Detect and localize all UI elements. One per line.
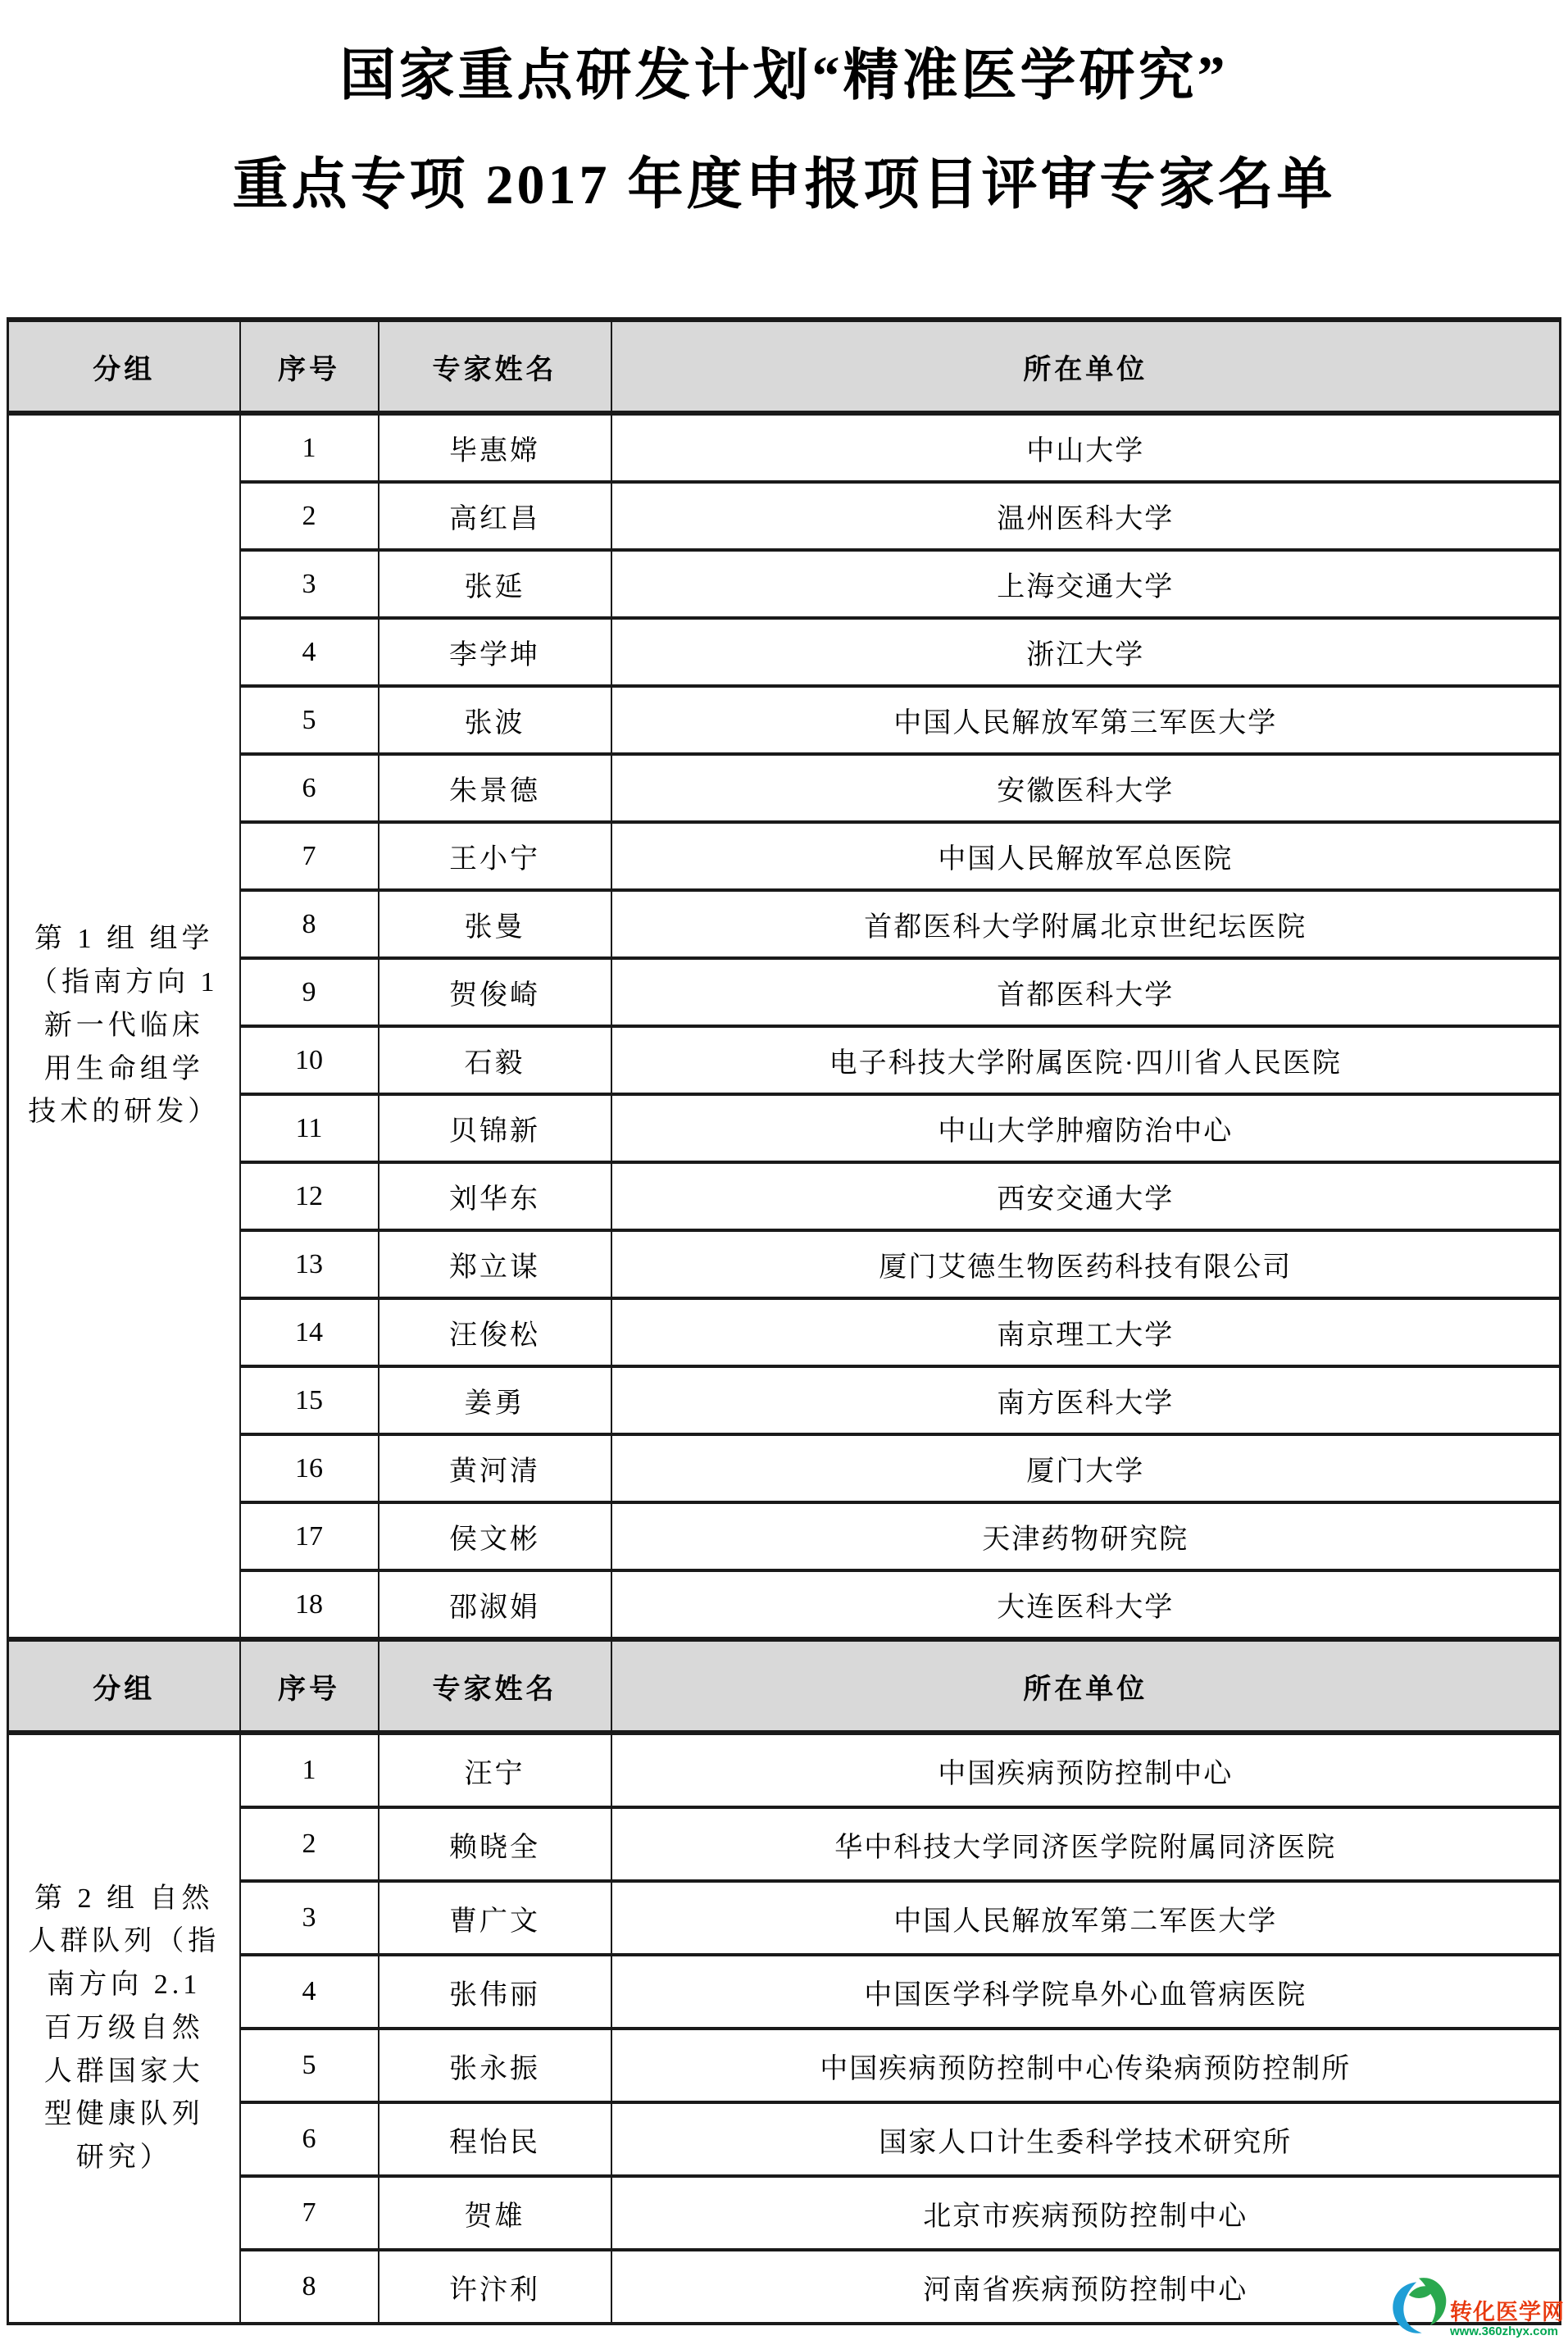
expert-name-cell: 邵淑娟 [379,1570,611,1639]
affiliation-cell: 北京市疾病预防控制中心 [611,2176,1561,2250]
affiliation-cell: 中国医学科学院阜外心血管病医院 [611,1955,1561,2029]
table-row: 15姜勇南方医科大学 [8,1366,1561,1434]
expert-name-cell: 毕惠嫦 [379,413,611,482]
expert-name-cell: 王小宁 [379,822,611,890]
table-row: 8许汴利河南省疾病预防控制中心 [8,2250,1561,2324]
table-row: 4张伟丽中国医学科学院阜外心血管病医院 [8,1955,1561,2029]
expert-name-cell: 贺俊崎 [379,958,611,1026]
index-cell: 7 [240,2176,379,2250]
index-cell: 1 [240,1733,379,1807]
table-row: 13郑立谋厦门艾德生物医药科技有限公司 [8,1230,1561,1298]
affiliation-cell: 上海交通大学 [611,550,1561,618]
index-cell: 10 [240,1026,379,1094]
expert-name-cell: 侯文彬 [379,1502,611,1570]
affiliation-cell: 中国人民解放军第二军医大学 [611,1881,1561,1955]
affiliation-cell: 南京理工大学 [611,1298,1561,1366]
document-title: 国家重点研发计划“精准医学研究” 重点专项 2017 年度申报项目评审专家名单 [0,21,1568,239]
table-row: 9贺俊崎首都医科大学 [8,958,1561,1026]
expert-name-cell: 朱景德 [379,754,611,822]
watermark-site-name: 转化医学网 [1450,2301,1565,2325]
table-row: 2高红昌温州医科大学 [8,482,1561,550]
table-row: 16黄河清厦门大学 [8,1434,1561,1502]
affiliation-cell: 首都医科大学 [611,958,1561,1026]
table-row: 2赖晓全华中科技大学同济医学院附属同济医院 [8,1807,1561,1881]
index-cell: 8 [240,890,379,958]
index-cell: 13 [240,1230,379,1298]
table-row: 18邵淑娟大连医科大学 [8,1570,1561,1639]
expert-name-cell: 赖晓全 [379,1807,611,1881]
column-header-name: 专家姓名 [379,320,611,413]
table-row: 14汪俊松南京理工大学 [8,1298,1561,1366]
index-cell: 16 [240,1434,379,1502]
affiliation-cell: 中山大学肿瘤防治中心 [611,1094,1561,1162]
affiliation-cell: 中国疾病预防控制中心 [611,1733,1561,1807]
table-row: 7王小宁中国人民解放军总医院 [8,822,1561,890]
expert-name-cell: 张曼 [379,890,611,958]
table-row: 10石毅电子科技大学附属医院·四川省人民医院 [8,1026,1561,1094]
expert-name-cell: 张延 [379,550,611,618]
index-cell: 2 [240,1807,379,1881]
affiliation-cell: 中国人民解放军总医院 [611,822,1561,890]
table-row: 7贺雄北京市疾病预防控制中心 [8,2176,1561,2250]
affiliation-cell: 厦门大学 [611,1434,1561,1502]
index-cell: 8 [240,2250,379,2324]
affiliation-cell: 浙江大学 [611,618,1561,686]
expert-name-cell: 汪宁 [379,1733,611,1807]
table-row: 3张延上海交通大学 [8,550,1561,618]
index-cell: 6 [240,2102,379,2176]
index-cell: 12 [240,1162,379,1230]
index-cell: 6 [240,754,379,822]
title-line-2: 重点专项 2017 年度申报项目评审专家名单 [0,130,1568,239]
table-row: 第 2 组 自然人群队列（指南方向 2.1百万级自然人群国家大型健康队列研究）1… [8,1733,1561,1807]
expert-name-cell: 张波 [379,686,611,754]
table-row: 3曹广文中国人民解放军第二军医大学 [8,1881,1561,1955]
column-header-group: 分组 [8,320,240,413]
affiliation-cell: 国家人口计生委科学技术研究所 [611,2102,1561,2176]
group-label: 第 2 组 自然人群队列（指南方向 2.1百万级自然人群国家大型健康队列研究） [8,1733,240,2324]
expert-name-cell: 刘华东 [379,1162,611,1230]
index-cell: 15 [240,1366,379,1434]
affiliation-cell: 首都医科大学附属北京世纪坛医院 [611,890,1561,958]
expert-name-cell: 汪俊松 [379,1298,611,1366]
experts-table: 分组序号专家姓名所在单位第 1 组 组学（指南方向 1新一代临床用生命组学技术的… [7,317,1561,2325]
table-row: 8张曼首都医科大学附属北京世纪坛医院 [8,890,1561,958]
column-header-name: 专家姓名 [379,1639,611,1733]
expert-name-cell: 张伟丽 [379,1955,611,2029]
experts-table-body: 分组序号专家姓名所在单位第 1 组 组学（指南方向 1新一代临床用生命组学技术的… [8,320,1561,2324]
affiliation-cell: 安徽医科大学 [611,754,1561,822]
table-row: 5张永振中国疾病预防控制中心传染病预防控制所 [8,2029,1561,2102]
watermark: 转化医学网 www.360zhyx.com [1388,2274,1565,2338]
index-cell: 1 [240,413,379,482]
index-cell: 17 [240,1502,379,1570]
affiliation-cell: 中国人民解放军第三军医大学 [611,686,1561,754]
expert-name-cell: 贝锦新 [379,1094,611,1162]
expert-name-cell: 张永振 [379,2029,611,2102]
index-cell: 3 [240,550,379,618]
table-row: 第 1 组 组学（指南方向 1新一代临床用生命组学技术的研发）1毕惠嫦中山大学 [8,413,1561,482]
index-cell: 5 [240,686,379,754]
expert-name-cell: 曹广文 [379,1881,611,1955]
column-header-org: 所在单位 [611,1639,1561,1733]
index-cell: 18 [240,1570,379,1639]
table-row: 4李学坤浙江大学 [8,618,1561,686]
affiliation-cell: 厦门艾德生物医药科技有限公司 [611,1230,1561,1298]
affiliation-cell: 温州医科大学 [611,482,1561,550]
expert-name-cell: 黄河清 [379,1434,611,1502]
affiliation-cell: 电子科技大学附属医院·四川省人民医院 [611,1026,1561,1094]
expert-name-cell: 石毅 [379,1026,611,1094]
expert-name-cell: 程怡民 [379,2102,611,2176]
expert-name-cell: 郑立谋 [379,1230,611,1298]
group-label: 第 1 组 组学（指南方向 1新一代临床用生命组学技术的研发） [8,413,240,1639]
index-cell: 7 [240,822,379,890]
table-row: 5张波中国人民解放军第三军医大学 [8,686,1561,754]
table-row: 17侯文彬天津药物研究院 [8,1502,1561,1570]
watermark-logo-icon [1388,2274,1448,2338]
index-cell: 4 [240,618,379,686]
column-header-group: 分组 [8,1639,240,1733]
expert-name-cell: 贺雄 [379,2176,611,2250]
expert-name-cell: 许汴利 [379,2250,611,2324]
expert-name-cell: 高红昌 [379,482,611,550]
index-cell: 9 [240,958,379,1026]
index-cell: 2 [240,482,379,550]
watermark-text: 转化医学网 www.360zhyx.com [1450,2301,1565,2338]
affiliation-cell: 大连医科大学 [611,1570,1561,1639]
header-row: 分组序号专家姓名所在单位 [8,1639,1561,1733]
index-cell: 3 [240,1881,379,1955]
header-row: 分组序号专家姓名所在单位 [8,320,1561,413]
index-cell: 14 [240,1298,379,1366]
table-row: 12刘华东西安交通大学 [8,1162,1561,1230]
affiliation-cell: 西安交通大学 [611,1162,1561,1230]
index-cell: 11 [240,1094,379,1162]
affiliation-cell: 华中科技大学同济医学院附属同济医院 [611,1807,1561,1881]
column-header-org: 所在单位 [611,320,1561,413]
title-line-1: 国家重点研发计划“精准医学研究” [0,21,1568,130]
table-row: 11贝锦新中山大学肿瘤防治中心 [8,1094,1561,1162]
column-header-no: 序号 [240,1639,379,1733]
table-row: 6朱景德安徽医科大学 [8,754,1561,822]
expert-name-cell: 姜勇 [379,1366,611,1434]
table-row: 6程怡民国家人口计生委科学技术研究所 [8,2102,1561,2176]
affiliation-cell: 中山大学 [611,413,1561,482]
watermark-site-url: www.360zhyx.com [1450,2325,1558,2339]
index-cell: 5 [240,2029,379,2102]
affiliation-cell: 天津药物研究院 [611,1502,1561,1570]
expert-name-cell: 李学坤 [379,618,611,686]
column-header-no: 序号 [240,320,379,413]
affiliation-cell: 南方医科大学 [611,1366,1561,1434]
index-cell: 4 [240,1955,379,2029]
affiliation-cell: 中国疾病预防控制中心传染病预防控制所 [611,2029,1561,2102]
